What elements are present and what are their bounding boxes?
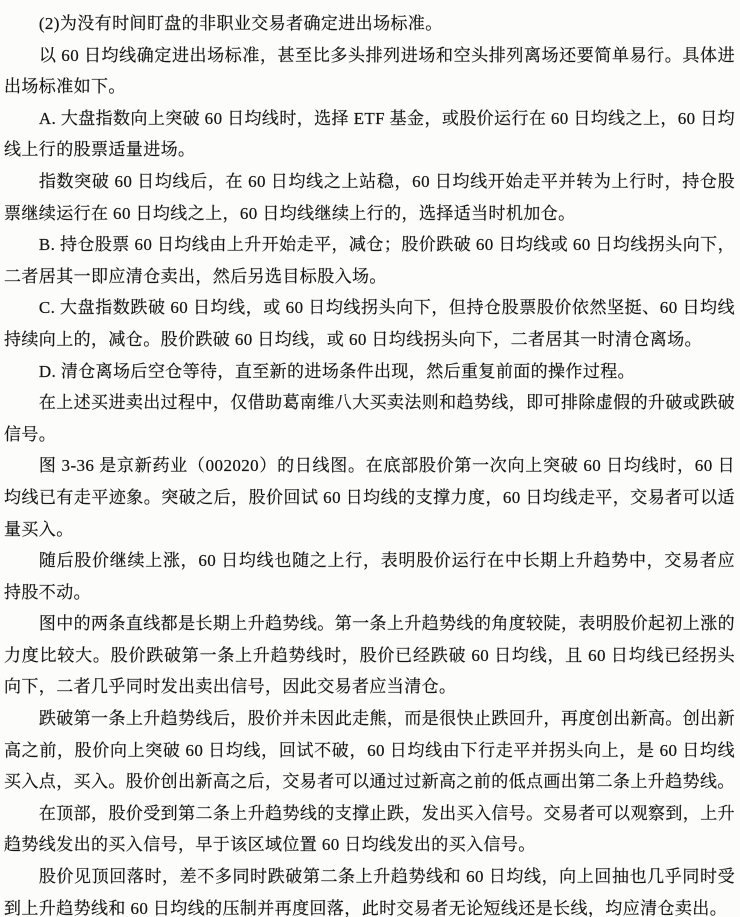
paragraph: 在上述买进卖出过程中，仅借助葛南维八大买卖法则和趋势线，即可排除虚假的升破或跌破… [4,387,735,450]
paragraph: 随后股价继续上涨，60 日均线也随之上行，表明股价运行在中长期上升趋势中，交易者… [4,545,735,608]
paragraph: 图中的两条直线都是长期上升趋势线。第一条上升趋势线的角度较陡，表明股价起初上涨的… [4,608,735,703]
paragraph: 以 60 日均线确定进出场标准，甚至比多头排列进场和空头排列离场还要简单易行。具… [4,40,735,103]
document-page: (2)为没有时间盯盘的非职业交易者确定进出场标准。 以 60 日均线确定进出场标… [0,0,740,917]
paragraph: A. 大盘指数向上突破 60 日均线时，选择 ETF 基金，或股价运行在 60 … [4,103,735,166]
paragraph: D. 清仓离场后空仓等待，直至新的进场条件出现，然后重复前面的操作过程。 [4,356,735,388]
paragraph: 图 3-36 是京新药业（002020）的日线图。在底部股价第一次向上突破 60… [4,450,735,545]
paragraph: 股价见顶回落时，差不多同时跌破第二条上升趋势线和 60 日均线，向上回抽也几乎同… [4,861,735,917]
paragraph: (2)为没有时间盯盘的非职业交易者确定进出场标准。 [4,8,735,40]
paragraph: C. 大盘指数跌破 60 日均线，或 60 日均线拐头向下，但持仓股票股价依然坚… [4,292,735,355]
paragraph: B. 持仓股票 60 日均线由上升开始走平，减仓；股价跌破 60 日均线或 60… [4,229,735,292]
paragraph: 在顶部，股价受到第二条上升趋势线的支撑止跌，发出买入信号。交易者可以观察到，上升… [4,798,735,861]
paragraph: 跌破第一条上升趋势线后，股价并未因此走熊，而是很快止跌回升，再度创出新高。创出新… [4,703,735,798]
paragraph: 指数突破 60 日均线后，在 60 日均线之上站稳，60 日均线开始走平并转为上… [4,166,735,229]
